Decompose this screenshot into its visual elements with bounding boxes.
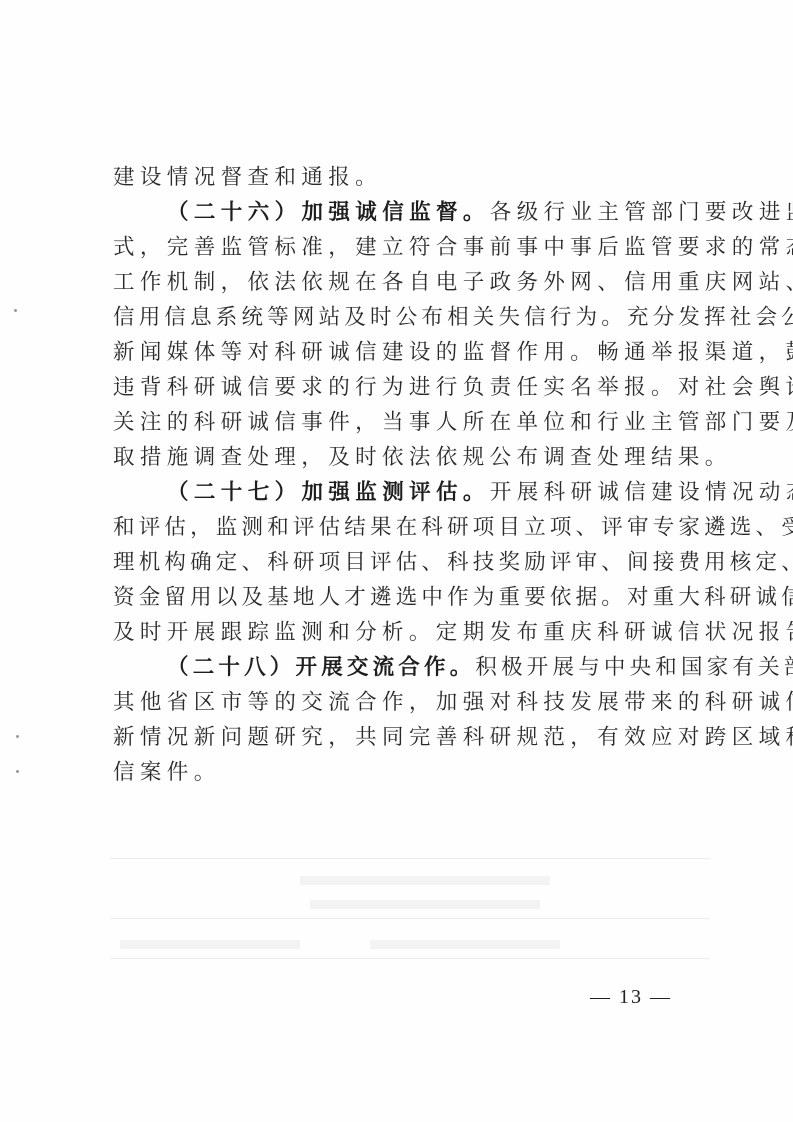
text-line: 及时开展跟踪监测和分析。定期发布重庆科研诚信状况报告。	[113, 615, 685, 650]
margin-speck	[14, 309, 17, 312]
bleed-through-line	[310, 900, 540, 909]
text-line: 其他省区市等的交流合作，加强对科技发展带来的科研诚信建设	[113, 685, 685, 720]
margin-speck	[16, 735, 19, 738]
text-line: 建设情况督查和通报。	[113, 160, 685, 195]
bleed-through-rule	[110, 958, 710, 959]
text-line: 和评估，监测和评估结果在科研项目立项、评审专家遴选、受托管	[113, 510, 685, 545]
document-page: 建设情况督查和通报。 （二十六）加强诚信监督。各级行业主管部门要改进监管方 式，…	[0, 0, 793, 1122]
body-text: 建设情况督查和通报。 （二十六）加强诚信监督。各级行业主管部门要改进监管方 式，…	[113, 160, 685, 790]
bleed-through-line	[120, 940, 300, 949]
text-line: 关注的科研诚信事件，当事人所在单位和行业主管部门要及时采	[113, 405, 685, 440]
paragraph-27-first-line: （二十七）加强监测评估。开展科研诚信建设情况动态监测	[113, 475, 685, 510]
text-line: 资金留用以及基地人才遴选中作为重要依据。对重大科研诚信事件	[113, 580, 685, 615]
bleed-through-line	[370, 940, 560, 949]
margin-speck	[16, 770, 19, 773]
text-line: 工作机制，依法依规在各自电子政务外网、信用重庆网站、企业	[113, 265, 685, 300]
text-line: 新情况新问题研究，共同完善科研规范，有效应对跨区域科研诚	[113, 720, 685, 755]
text-line: 式，完善监管标准，建立符合事前事中事后监管要求的常态监督	[113, 230, 685, 265]
text-line: 违背科研诚信要求的行为进行负责任实名举报。对社会舆论广泛	[113, 370, 685, 405]
text-run: 积极开展与中央和国家有关部委、	[475, 655, 793, 680]
text-run: 各级行业主管部门要改进监管方	[490, 200, 793, 225]
text-line: 取措施调查处理，及时依法依规公布调查处理结果。	[113, 440, 685, 475]
text-line: 新闻媒体等对科研诚信建设的监督作用。畅通举报渠道，鼓励对	[113, 335, 685, 370]
bleed-through-line	[300, 876, 550, 885]
paragraph-26-first-line: （二十六）加强诚信监督。各级行业主管部门要改进监管方	[113, 195, 685, 230]
paragraph-28-first-line: （二十八）开展交流合作。积极开展与中央和国家有关部委、	[113, 650, 685, 685]
section-heading-26: （二十六）加强诚信监督。	[167, 200, 490, 225]
text-line: 信用信息系统等网站及时公布相关失信行为。充分发挥社会公众、	[113, 300, 685, 335]
section-heading-28: （二十八）开展交流合作。	[167, 655, 475, 680]
text-line: 信案件。	[113, 755, 685, 790]
bleed-through-rule	[110, 858, 710, 859]
text-run: 开展科研诚信建设情况动态监测	[490, 480, 793, 505]
section-heading-27: （二十七）加强监测评估。	[167, 480, 490, 505]
page-number: — 13 —	[590, 986, 672, 1009]
bleed-through-rule	[110, 918, 710, 919]
text-line: 理机构确定、科研项目评估、科技奖励评审、间接费用核定、结余	[113, 545, 685, 580]
